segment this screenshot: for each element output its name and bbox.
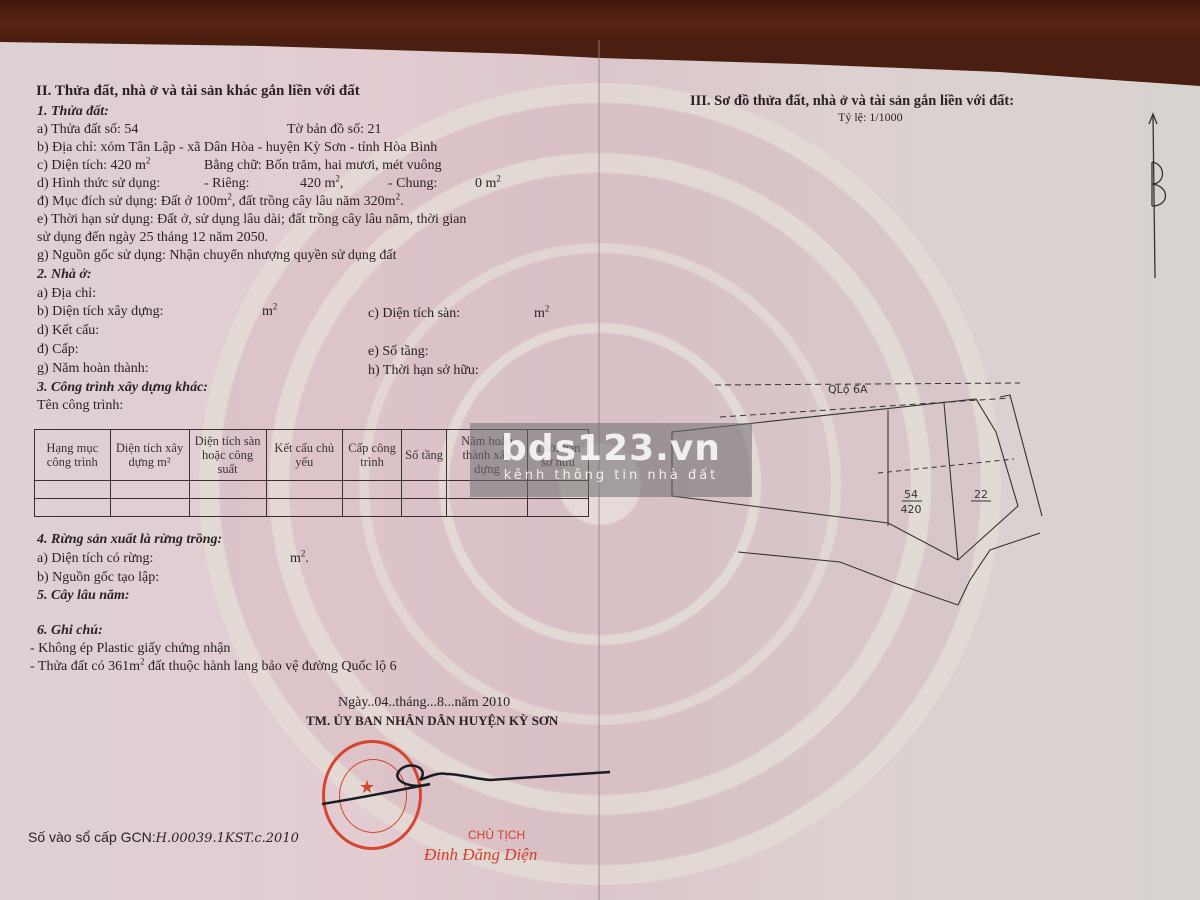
issue-date: Ngày..04..tháng...8...năm 2010 <box>338 694 510 711</box>
map-sheet-number: Tờ bản đồ số: 21 <box>287 121 382 138</box>
parcel-area-label: 420 <box>901 503 922 516</box>
parcel-number: a) Thửa đất số: 54 <box>37 121 138 138</box>
usage-purpose: đ) Mục đích sử dụng: Đất ở 100m2, đất tr… <box>37 193 404 210</box>
house-structure: d) Kết cấu: <box>37 322 99 339</box>
table-column-header: Diện tích sàn hoặc công suất <box>189 430 266 481</box>
house-grade: đ) Cấp: <box>37 341 79 358</box>
forest-heading: 4. Rừng sản xuất là rừng trồng: <box>37 531 222 548</box>
house-address: a) Địa chỉ: <box>37 285 96 302</box>
house-build-area: b) Diện tích xây dựng: <box>37 303 164 320</box>
house-heading: 2. Nhà ở: <box>37 266 92 283</box>
forest-area: a) Diện tích có rừng: <box>37 550 153 567</box>
neighbor-parcel-label: 22 <box>974 488 988 501</box>
shared-label: - Chung: <box>388 175 437 192</box>
table-row <box>35 499 589 517</box>
note-plastic: - Không ép Plastic giấy chứng nhận <box>30 640 230 657</box>
private-label: - Riêng: <box>204 175 250 192</box>
house-floors: e) Số tầng: <box>368 343 429 360</box>
table-cell <box>266 481 342 499</box>
house-floor-area: c) Diện tích sàn: <box>368 305 460 322</box>
note-road-corridor: - Thửa đất có 361m2 đất thuộc hành lang … <box>30 658 397 675</box>
house-build-area-unit: m2 <box>262 303 277 320</box>
forest-area-unit: m2. <box>290 550 309 567</box>
other-works-heading: 3. Công trình xây dựng khác: <box>37 379 208 396</box>
chair-title: CHỦ TỊCH <box>468 827 525 844</box>
table-cell <box>446 499 527 517</box>
land-area-words: Bằng chữ: Bốn trăm, hai mươi, mét vuông <box>204 157 442 174</box>
table-cell <box>189 499 266 517</box>
table-cell <box>342 499 401 517</box>
issuing-authority: TM. ỦY BAN NHÂN DÂN HUYỆN KỲ SƠN <box>306 712 558 729</box>
usage-form-label: d) Hình thức sử dụng: <box>37 175 160 192</box>
road-label: QLộ 6A <box>828 383 868 396</box>
land-address: b) Địa chỉ: xóm Tân Lập - xã Dân Hòa - h… <box>37 139 437 156</box>
watermark-tagline: kênh thông tin nhà đất <box>470 469 752 483</box>
table-cell <box>402 499 447 517</box>
parcel-number-label: 54 <box>904 488 918 501</box>
watermark-brand: bds123.vn <box>470 429 752 469</box>
notes-heading: 6. Ghi chú: <box>37 622 103 639</box>
table-cell <box>266 499 342 517</box>
land-heading: 1. Thửa đất: <box>37 103 109 120</box>
registry-number: Số vào sổ cấp GCN:H.00039.1KST.c.2010 <box>28 829 299 847</box>
table-column-header: Cấp công trình <box>342 430 401 481</box>
table-column-header: Hạng mục công trình <box>35 430 111 481</box>
house-ownership-term: h) Thời hạn sở hữu: <box>368 362 479 379</box>
table-cell <box>189 481 266 499</box>
land-area: c) Diện tích: 420 m2 <box>37 157 150 174</box>
section-ii-title: II. Thửa đất, nhà ở và tài sản khác gắn … <box>36 83 360 100</box>
forest-origin: b) Nguồn gốc tạo lập: <box>37 569 159 586</box>
table-cell <box>402 481 447 499</box>
shared-value: 0 m2 <box>475 175 501 192</box>
table-cell <box>110 481 189 499</box>
table-cell <box>35 499 111 517</box>
bds123-watermark: bds123.vn kênh thông tin nhà đất <box>470 423 752 497</box>
usage-term-line1: e) Thời hạn sử dụng: Đất ở, sử dụng lâu … <box>37 211 466 228</box>
section-iii-title: III. Sơ đồ thửa đất, nhà ở và tài sản gắ… <box>690 93 1014 110</box>
house-floor-area-unit: m2 <box>534 305 549 322</box>
table-cell <box>342 481 401 499</box>
map-scale: Tỷ lệ: 1/1000 <box>838 109 903 126</box>
table-cell <box>110 499 189 517</box>
usage-term-line2: sử dụng đến ngày 25 tháng 12 năm 2050. <box>37 229 268 246</box>
table-column-header: Diện tích xây dựng m² <box>110 430 189 481</box>
wood-table-background <box>0 0 1200 40</box>
table-cell <box>35 481 111 499</box>
house-completion-year: g) Năm hoàn thành: <box>37 360 149 377</box>
table-column-header: Số tầng <box>402 430 447 481</box>
north-arrow-icon <box>1130 110 1170 280</box>
other-works-name-label: Tên công trình: <box>37 397 123 414</box>
private-value: 420 m2, <box>300 175 343 192</box>
chair-name: Đinh Đăng Diện <box>424 846 537 863</box>
table-cell <box>527 499 588 517</box>
usage-origin: g) Nguồn gốc sử dụng: Nhận chuyển nhượng… <box>37 247 397 264</box>
table-column-header: Kết cấu chủ yếu <box>266 430 342 481</box>
perennial-heading: 5. Cây lâu năm: <box>37 587 130 604</box>
chairman-signature <box>320 760 620 820</box>
